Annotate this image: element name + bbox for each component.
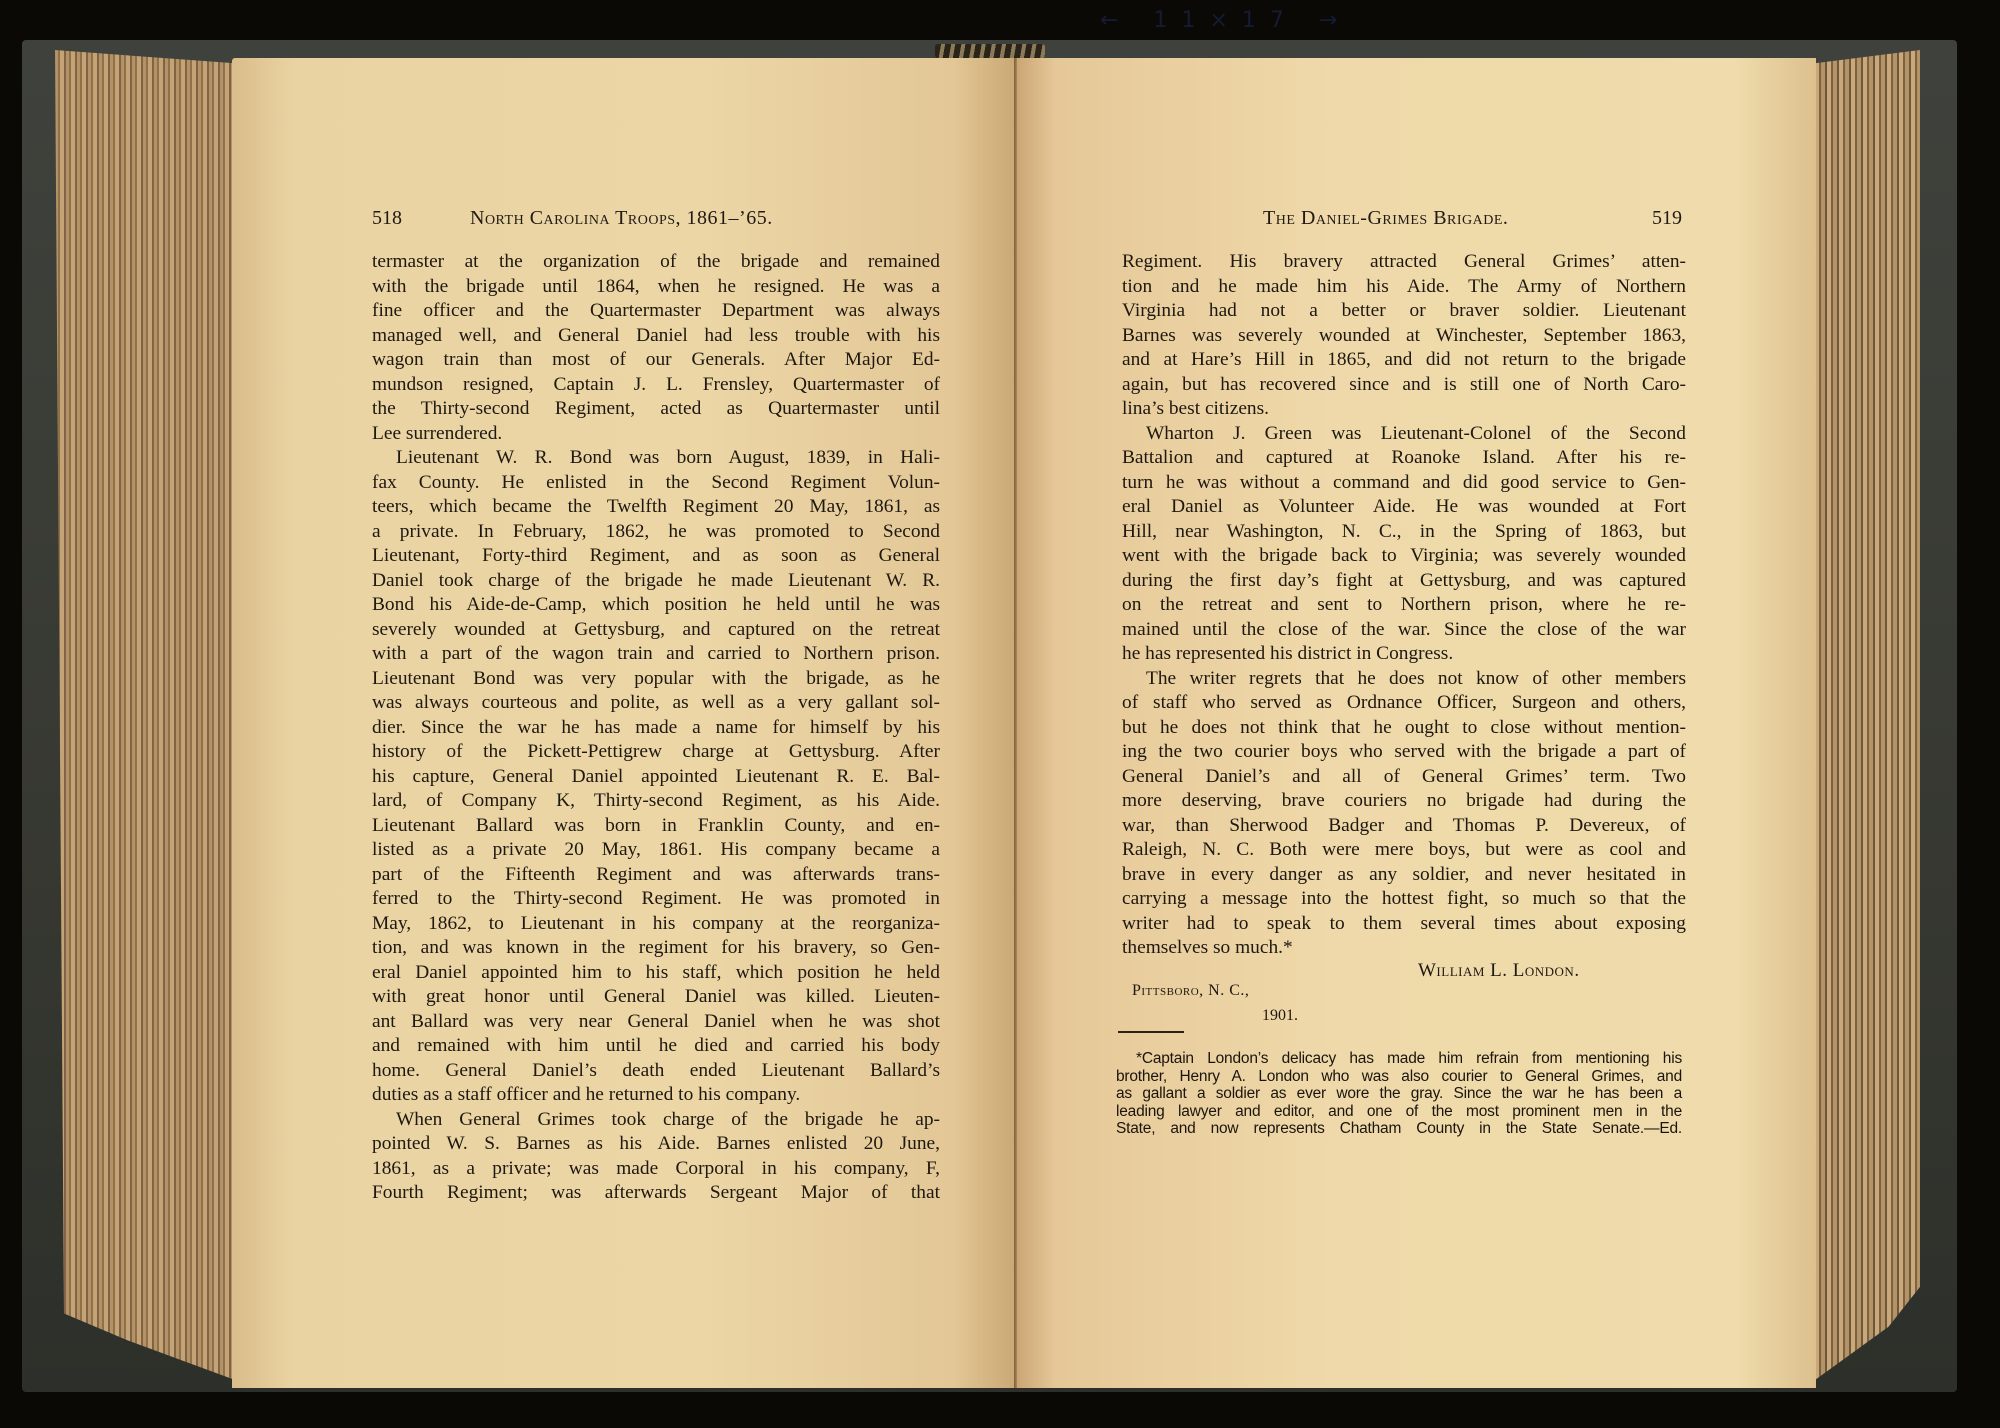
text-line: Battalion and captured at Roanoke Island… — [1122, 446, 1686, 471]
text-line: with great honor until General Daniel wa… — [372, 985, 940, 1010]
text-line: ferred to the Thirty-second Regiment. He… — [372, 887, 940, 912]
text-line: managed well, and General Daniel had les… — [372, 324, 940, 349]
right-page-body: Regiment. His bravery attracted General … — [1122, 250, 1686, 961]
text-line: mained until the close of the war. Since… — [1122, 618, 1686, 643]
text-line: Bond his Aide-de-Camp, which position he… — [372, 593, 940, 618]
text-line: eral Daniel as Volunteer Aide. He was wo… — [1122, 495, 1686, 520]
text-line: duties as a staff officer and he returne… — [372, 1083, 940, 1108]
text-line: fax County. He enlisted in the Second Re… — [372, 471, 940, 496]
text-line: was always courteous and polite, as well… — [372, 691, 940, 716]
text-line: of staff who served as Ordnance Officer,… — [1122, 691, 1686, 716]
text-line: 1861, as a private; was made Corporal in… — [372, 1157, 940, 1182]
footnote-line: leading lawyer and editor, and one of th… — [1116, 1103, 1682, 1121]
text-line: Raleigh, N. C. Both were mere boys, but … — [1122, 838, 1686, 863]
scan-size-label: ← 11×17 → — [1100, 8, 1430, 32]
text-line: Regiment. His bravery attracted General … — [1122, 250, 1686, 275]
text-line: Lieutenant Bond was very popular with th… — [372, 667, 940, 692]
text-line: writer had to speak to them several time… — [1122, 912, 1686, 937]
text-line: pointed W. S. Barnes as his Aide. Barnes… — [372, 1132, 940, 1157]
text-line: Lieutenant W. R. Bond was born August, 1… — [372, 446, 940, 471]
text-line: termaster at the organization of the bri… — [372, 250, 940, 275]
text-line: The writer regrets that he does not know… — [1122, 667, 1686, 692]
text-line: went with the brigade back to Virginia; … — [1122, 544, 1686, 569]
text-line: themselves so much.* — [1122, 936, 1686, 961]
text-line: with a part of the wagon train and carri… — [372, 642, 940, 667]
text-line: and at Hare’s Hill in 1865, and did not … — [1122, 348, 1686, 373]
footnote-line: *Captain London’s delicacy has made him … — [1116, 1050, 1682, 1068]
text-line: with the brigade until 1864, when he res… — [372, 275, 940, 300]
text-line: When General Grimes took charge of the b… — [372, 1108, 940, 1133]
text-line: Lieutenant Ballard was born in Franklin … — [372, 814, 940, 839]
footnote-line: as gallant a soldier as ever wore the gr… — [1116, 1085, 1682, 1103]
footnote: *Captain London’s delicacy has made him … — [1116, 1050, 1682, 1138]
text-line: teers, which became the Twelfth Regiment… — [372, 495, 940, 520]
signature-place: Pittsboro, N. C., — [1132, 982, 1249, 1000]
text-line: war, than Sherwood Badger and Thomas P. … — [1122, 814, 1686, 839]
text-line: Hill, near Washington, N. C., in the Spr… — [1122, 520, 1686, 545]
text-line: mundson resigned, Captain J. L. Frensley… — [372, 373, 940, 398]
author-signature: William L. London. — [1418, 960, 1580, 982]
right-page-number: 519 — [1652, 207, 1682, 230]
text-line: but he does not think that he ought to c… — [1122, 716, 1686, 741]
text-line: his capture, General Daniel appointed Li… — [372, 765, 940, 790]
text-line: home. General Daniel’s death ended Lieut… — [372, 1059, 940, 1084]
text-line: during the first day’s fight at Gettysbu… — [1122, 569, 1686, 594]
book-headband — [935, 44, 1045, 58]
left-running-head: North Carolina Troops, 1861–’65. — [470, 207, 773, 230]
text-line: dier. Since the war he has made a name f… — [372, 716, 940, 741]
book-gutter — [1014, 58, 1017, 1388]
text-line: brave in every danger as any soldier, an… — [1122, 863, 1686, 888]
text-line: ing the two courier boys who served with… — [1122, 740, 1686, 765]
left-page-number: 518 — [372, 207, 402, 230]
text-line: ant Ballard was very near General Daniel… — [372, 1010, 940, 1035]
text-line: Barnes was severely wounded at Wincheste… — [1122, 324, 1686, 349]
text-line: wagon train than most of our Generals. A… — [372, 348, 940, 373]
text-line: Wharton J. Green was Lieutenant-Colonel … — [1122, 422, 1686, 447]
left-page-body: termaster at the organization of the bri… — [372, 250, 940, 1206]
text-line: he has represented his district in Congr… — [1122, 642, 1686, 667]
text-line: history of the Pickett-Pettigrew charge … — [372, 740, 940, 765]
text-line: carrying a message into the hottest figh… — [1122, 887, 1686, 912]
signature-year: 1901. — [1262, 1007, 1298, 1025]
text-line: turn he was without a command and did go… — [1122, 471, 1686, 496]
footnote-rule — [1118, 1031, 1184, 1033]
text-line: Virginia had not a better or braver sold… — [1122, 299, 1686, 324]
text-line: again, but has recovered since and is st… — [1122, 373, 1686, 398]
text-line: listed as a private 20 May, 1861. His co… — [372, 838, 940, 863]
text-line: Lieutenant, Forty-third Regiment, and as… — [372, 544, 940, 569]
footnote-line: brother, Henry A. London who was also co… — [1116, 1068, 1682, 1086]
text-line: May, 1862, to Lieutenant in his company … — [372, 912, 940, 937]
footnote-line: State, and now represents Chatham County… — [1116, 1120, 1682, 1138]
text-line: part of the Fifteenth Regiment and was a… — [372, 863, 940, 888]
text-line: more deserving, brave couriers no brigad… — [1122, 789, 1686, 814]
text-line: fine officer and the Quartermaster Depar… — [372, 299, 940, 324]
right-running-head: The Daniel-Grimes Brigade. — [1263, 207, 1508, 230]
text-line: Fourth Regiment; was afterwards Sergeant… — [372, 1181, 940, 1206]
text-line: General Daniel’s and all of General Grim… — [1122, 765, 1686, 790]
left-page-edges — [55, 50, 235, 1380]
text-line: and remained with him until he died and … — [372, 1034, 940, 1059]
text-line: Daniel took charge of the brigade he mad… — [372, 569, 940, 594]
text-line: eral Daniel appointed him to his staff, … — [372, 961, 940, 986]
text-line: a private. In February, 1862, he was pro… — [372, 520, 940, 545]
text-line: lina’s best citizens. — [1122, 397, 1686, 422]
text-line: on the retreat and sent to Northern pris… — [1122, 593, 1686, 618]
right-page-edges — [1815, 50, 1920, 1380]
text-line: tion and he made him his Aide. The Army … — [1122, 275, 1686, 300]
text-line: the Thirty-second Regiment, acted as Qua… — [372, 397, 940, 422]
text-line: tion, and was known in the regiment for … — [372, 936, 940, 961]
text-line: Lee surrendered. — [372, 422, 940, 447]
text-line: severely wounded at Gettysburg, and capt… — [372, 618, 940, 643]
text-line: lard, of Company K, Thirty-second Regime… — [372, 789, 940, 814]
